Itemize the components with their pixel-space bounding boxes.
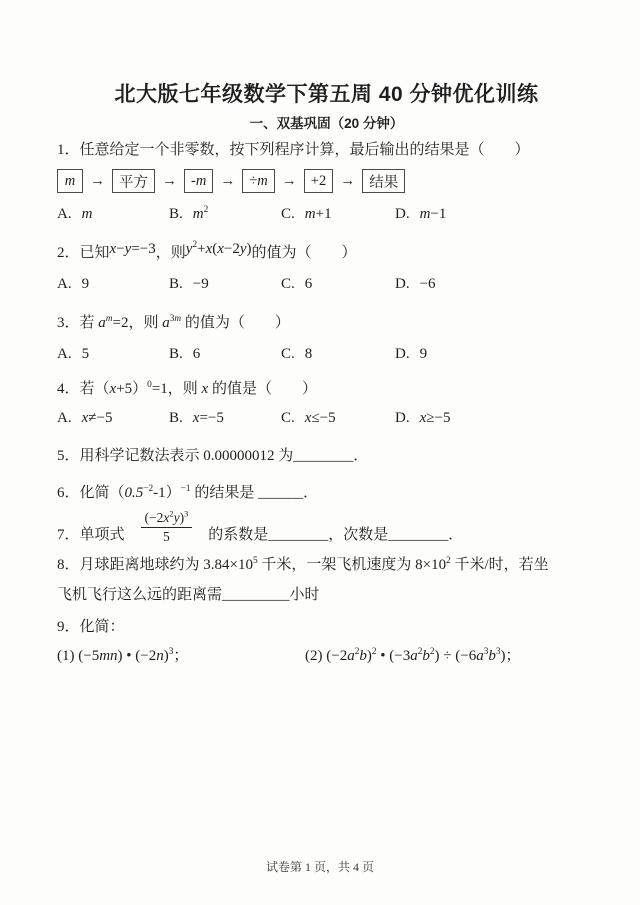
option-value: −9 (193, 276, 209, 292)
option-label: A. (57, 206, 72, 222)
question-2: 2．已知x−y=−3，则y2+x(x−2y)的值为（ ） A.9 B.−9 C.… (57, 238, 596, 294)
arrow-icon: → (90, 173, 105, 190)
option-value: 9 (420, 346, 428, 362)
option-d: D.9 (395, 344, 596, 364)
option-value: x≥−5 (420, 410, 451, 426)
option-label: D. (395, 206, 410, 222)
question-3-options: A.5 B.6 C.8 D.9 (57, 344, 596, 364)
question-8-line-2: 飞机飞行这么远的距离需_________小时 (57, 585, 596, 605)
flow-box-result: 结果 (362, 169, 405, 193)
question-1: 1．任意给定一个非零数，按下列程序计算，最后输出的结果是（ ） m → 平方 →… (57, 140, 596, 224)
option-label: C. (281, 410, 295, 426)
option-value: 5 (82, 346, 90, 362)
option-label: A. (57, 346, 72, 362)
option-label: C. (281, 346, 295, 362)
option-label: A. (57, 410, 72, 426)
page-title: 北大版七年级数学下第五周 40 分钟优化训练 (57, 82, 596, 108)
flow-box-input-m: m (57, 169, 83, 193)
flowchart: m → 平方 → -m → ÷m → +2 → 结果 (57, 168, 596, 194)
question-7-post: 的系数是________，次数是________． (208, 525, 463, 545)
flow-box-square: 平方 (112, 169, 155, 193)
arrow-icon: → (340, 173, 355, 190)
option-b: B.m2 (169, 204, 281, 224)
option-c: C.m+1 (281, 204, 395, 224)
option-value: 9 (82, 276, 90, 292)
question-9-part-1: (1) (−5mn) • (−2n)3； (57, 645, 305, 667)
option-value: m+1 (305, 206, 332, 222)
option-value: m (82, 206, 93, 222)
option-value: −6 (420, 276, 436, 292)
option-value: 6 (305, 276, 313, 292)
option-value: 6 (193, 346, 201, 362)
option-label: B. (169, 410, 183, 426)
question-5-stem: 5．用科学记数法表示 0.00000012 为________． (57, 446, 596, 466)
question-7-pre: 7．单项式 (57, 525, 125, 545)
option-a: A.m (57, 204, 169, 224)
worksheet-content: 北大版七年级数学下第五周 40 分钟优化训练 一、双基巩固（20 分钟） 1．任… (0, 0, 640, 667)
option-a: A.x≠−5 (57, 408, 169, 428)
option-label: B. (169, 206, 183, 222)
option-label: B. (169, 276, 183, 292)
section-heading: 一、双基巩固（20 分钟） (57, 115, 596, 132)
option-b: B.−9 (169, 274, 281, 294)
question-3: 3．若 am=2，则 a3m 的值为（ ） A.5 B.6 C.8 D.9 (57, 312, 596, 364)
question-1-options: A.m B.m2 C.m+1 D.m−1 (57, 204, 596, 224)
option-d: D.−6 (395, 274, 596, 294)
option-label: D. (395, 346, 410, 362)
option-b: B.6 (169, 344, 281, 364)
option-d: D.x≥−5 (395, 408, 596, 428)
flow-box-minus-m: -m (184, 169, 213, 193)
question-9-part-2: (2) (−2a2b)2 • (−3a2b2) ÷ (−6a3b3)； (305, 645, 596, 667)
question-4: 4．若（x+5）0=1，则 x 的值是（ ） A.x≠−5 B.x=−5 C.x… (57, 378, 596, 428)
page-footer: 试卷第 1 页，共 4 页 (0, 858, 640, 875)
worksheet-page: 北大版七年级数学下第五周 40 分钟优化训练 一、双基巩固（20 分钟） 1．任… (0, 0, 640, 905)
option-value: x=−5 (193, 410, 224, 426)
option-label: A. (57, 276, 72, 292)
question-2-stem: 2．已知x−y=−3，则y2+x(x−2y)的值为（ ） (57, 238, 596, 264)
option-value: x≠−5 (82, 410, 113, 426)
fraction-numerator: (−2x2y)3 (141, 510, 193, 528)
option-c: C.8 (281, 344, 395, 364)
question-2-options: A.9 B.−9 C.6 D.−6 (57, 274, 596, 294)
question-4-stem: 4．若（x+5）0=1，则 x 的值是（ ） (57, 378, 596, 400)
arrow-icon: → (282, 173, 297, 190)
question-9-stem: 9．化简： (57, 617, 596, 637)
fraction: (−2x2y)3 5 (141, 510, 193, 545)
flow-box-plus-2: +2 (304, 169, 333, 193)
question-6-stem: 6．化简（0.5−2-1）−1 的结果是 ______． (57, 482, 596, 504)
question-7: 7．单项式 (−2x2y)3 5 的系数是________，次数是_______… (57, 510, 596, 545)
arrow-icon: → (220, 173, 235, 190)
option-value: 8 (305, 346, 313, 362)
option-c: C.x≤−5 (281, 408, 395, 428)
option-a: A.9 (57, 274, 169, 294)
question-8-line-1: 8．月球距离地球约为 3.84×105 千米，一架飞机速度为 8×102 千米/… (57, 555, 596, 575)
option-d: D.m−1 (395, 204, 596, 224)
option-label: C. (281, 206, 295, 222)
option-value: m−1 (420, 206, 447, 222)
question-4-options: A.x≠−5 B.x=−5 C.x≤−5 D.x≥−5 (57, 408, 596, 428)
question-3-stem: 3．若 am=2，则 a3m 的值为（ ） (57, 312, 596, 334)
flow-box-divide-m: ÷m (242, 169, 274, 193)
option-value: x≤−5 (305, 410, 336, 426)
option-label: D. (395, 410, 410, 426)
question-1-stem: 1．任意给定一个非零数，按下列程序计算，最后输出的结果是（ ） (57, 140, 596, 160)
option-label: B. (169, 346, 183, 362)
option-label: D. (395, 276, 410, 292)
option-c: C.6 (281, 274, 395, 294)
option-label: C. (281, 276, 295, 292)
arrow-icon: → (162, 173, 177, 190)
option-a: A.5 (57, 344, 169, 364)
question-9-parts: (1) (−5mn) • (−2n)3； (2) (−2a2b)2 • (−3a… (57, 645, 596, 667)
option-b: B.x=−5 (169, 408, 281, 428)
option-value: m2 (193, 206, 209, 222)
fraction-denominator: 5 (141, 528, 193, 545)
